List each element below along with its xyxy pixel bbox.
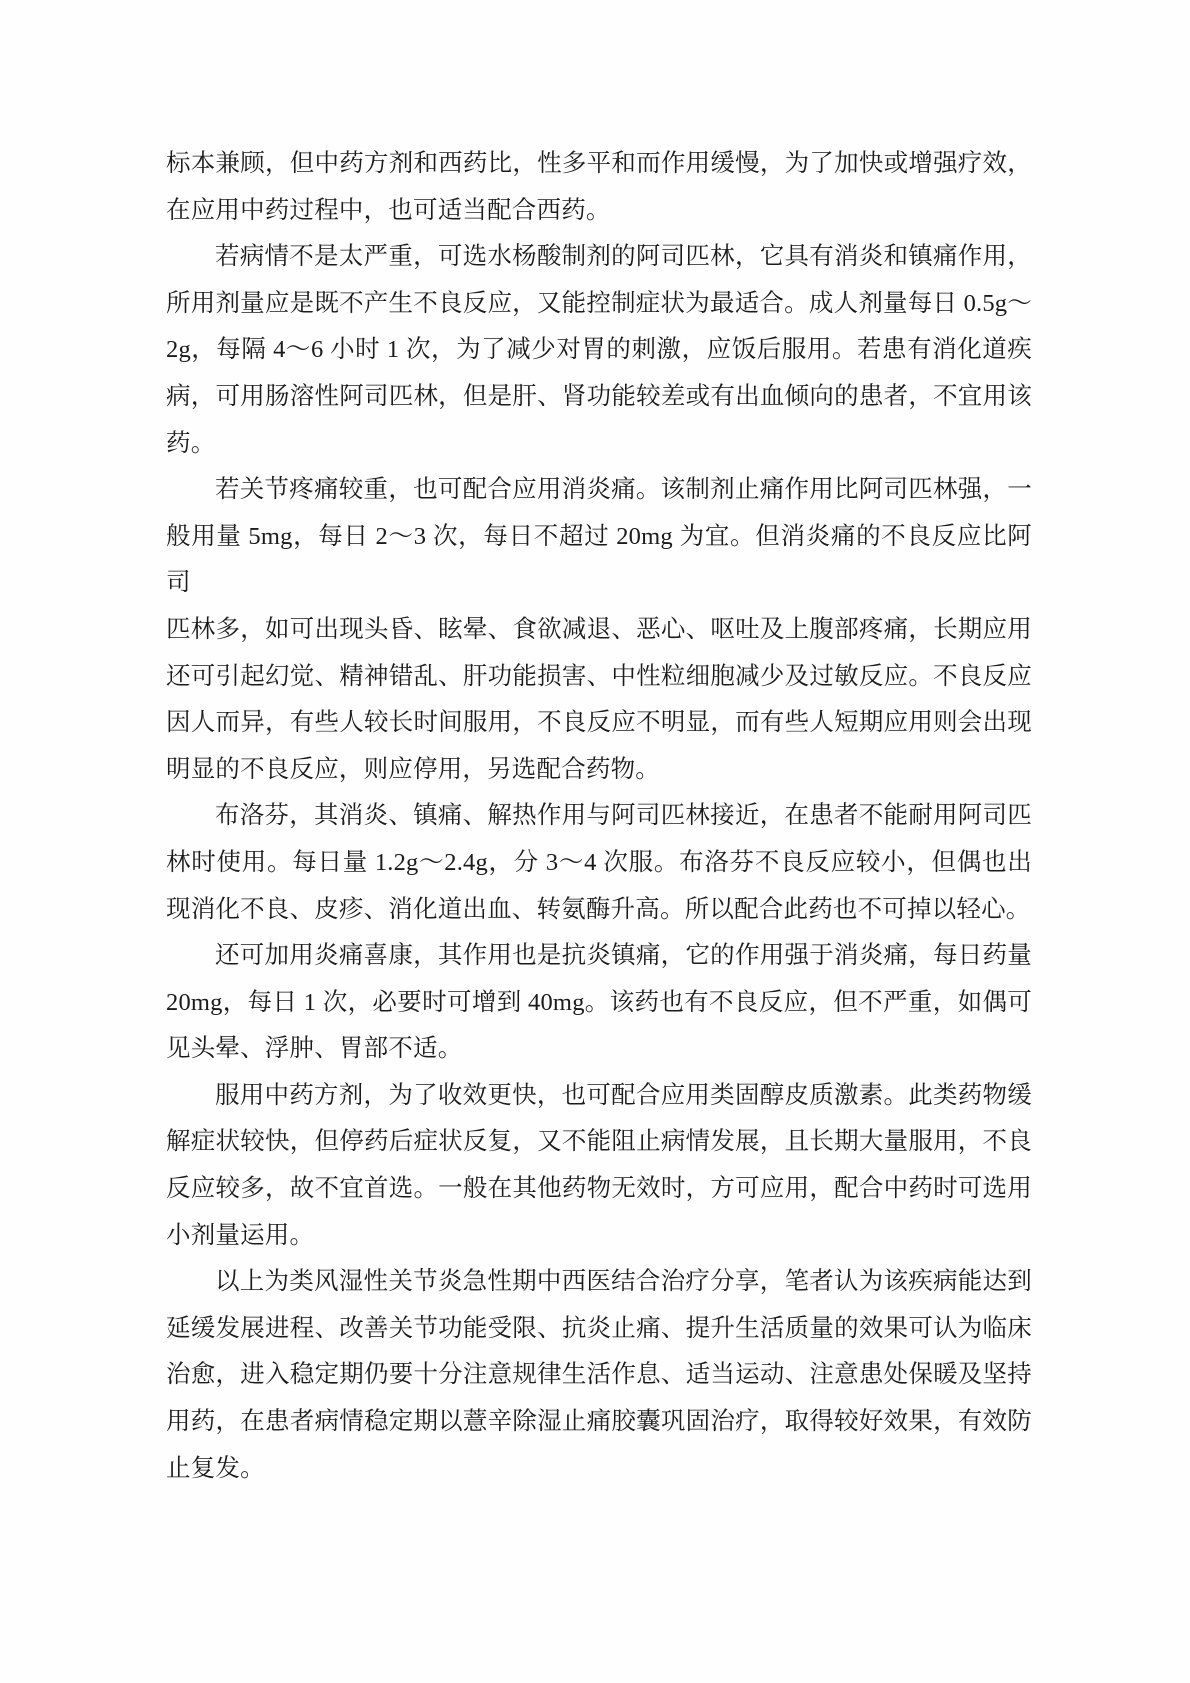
paragraph: 布洛芬，其消炎、镇痛、解热作用与阿司匹林接近，在患者不能耐用阿司匹林时使用。每日… bbox=[166, 793, 1032, 933]
document-body: 标本兼顾，但中药方剂和西药比，性多平和而作用缓慢，为了加快或增强疗效，在应用中药… bbox=[166, 141, 1032, 1492]
text-line: 若关节疼痛较重，也可配合应用消炎痛。该制剂止痛作用比阿司匹林强，一 bbox=[166, 467, 1032, 514]
text-line: 20mg，每日 1 次，必要时可增到 40mg。该药也有不良反应，但不严重，如偶… bbox=[166, 980, 1032, 1027]
text-line: 若病情不是太严重，可选水杨酸制剂的阿司匹林，它具有消炎和镇痛作用， bbox=[166, 234, 1032, 281]
text-line: 现消化不良、皮疹、消化道出血、转氨酶升高。所以配合此药也不可掉以轻心。 bbox=[166, 887, 1032, 934]
text-line: 治愈，进入稳定期仍要十分注意规律生活作息、适当运动、注意患处保暖及坚持 bbox=[166, 1352, 1032, 1399]
text-line: 因人而异，有些人较长时间服用，不良反应不明显，而有些人短期应用则会出现 bbox=[166, 700, 1032, 747]
text-line: 药。 bbox=[166, 421, 1032, 468]
text-line: 病，可用肠溶性阿司匹林，但是肝、肾功能较差或有出血倾向的患者，不宜用该 bbox=[166, 374, 1032, 421]
paragraph: 服用中药方剂，为了收效更快，也可配合应用类固醇皮质激素。此类药物缓解症状较快，但… bbox=[166, 1073, 1032, 1259]
text-line: 见头晕、浮肿、胃部不适。 bbox=[166, 1026, 1032, 1073]
text-line: 所用剂量应是既不产生不良反应，又能控制症状为最适合。成人剂量每日 0.5g～ bbox=[166, 281, 1032, 328]
text-line: 布洛芬，其消炎、镇痛、解热作用与阿司匹林接近，在患者不能耐用阿司匹 bbox=[166, 793, 1032, 840]
text-line: 般用量 5mg，每日 2～3 次，每日不超过 20mg 为宜。但消炎痛的不良反应… bbox=[166, 514, 1032, 607]
document-page: 标本兼顾，但中药方剂和西药比，性多平和而作用缓慢，为了加快或增强疗效，在应用中药… bbox=[0, 0, 1190, 1683]
paragraph: 以上为类风湿性关节炎急性期中西医结合治疗分享，笔者认为该疾病能达到延缓发展进程、… bbox=[166, 1259, 1032, 1492]
text-line: 还可引起幻觉、精神错乱、肝功能损害、中性粒细胞减少及过敏反应。不良反应 bbox=[166, 654, 1032, 701]
text-line: 用药，在患者病情稳定期以薏辛除湿止痛胶囊巩固治疗，取得较好效果，有效防 bbox=[166, 1399, 1032, 1446]
text-line: 解症状较快，但停药后症状反复，又不能阻止病情发展，且长期大量服用，不良 bbox=[166, 1119, 1032, 1166]
text-line: 林时使用。每日量 1.2g～2.4g，分 3～4 次服。布洛芬不良反应较小，但偶… bbox=[166, 840, 1032, 887]
text-line: 延缓发展进程、改善关节功能受限、抗炎止痛、提升生活质量的效果可认为临床 bbox=[166, 1306, 1032, 1353]
text-line: 服用中药方剂，为了收效更快，也可配合应用类固醇皮质激素。此类药物缓 bbox=[166, 1073, 1032, 1120]
paragraph: 若关节疼痛较重，也可配合应用消炎痛。该制剂止痛作用比阿司匹林强，一般用量 5mg… bbox=[166, 467, 1032, 793]
text-line: 2g，每隔 4～6 小时 1 次，为了减少对胃的刺激，应饭后服用。若患有消化道疾 bbox=[166, 327, 1032, 374]
paragraph: 若病情不是太严重，可选水杨酸制剂的阿司匹林，它具有消炎和镇痛作用，所用剂量应是既… bbox=[166, 234, 1032, 467]
text-line: 止复发。 bbox=[166, 1446, 1032, 1493]
text-line: 还可加用炎痛喜康，其作用也是抗炎镇痛，它的作用强于消炎痛，每日药量 bbox=[166, 933, 1032, 980]
text-line: 在应用中药过程中，也可适当配合西药。 bbox=[166, 188, 1032, 235]
text-line: 反应较多，故不宜首选。一般在其他药物无效时，方可应用，配合中药时可选用 bbox=[166, 1166, 1032, 1213]
paragraph: 标本兼顾，但中药方剂和西药比，性多平和而作用缓慢，为了加快或增强疗效，在应用中药… bbox=[166, 141, 1032, 234]
text-line: 匹林多，如可出现头昏、眩晕、食欲减退、恶心、呕吐及上腹部疼痛，长期应用 bbox=[166, 607, 1032, 654]
text-line: 标本兼顾，但中药方剂和西药比，性多平和而作用缓慢，为了加快或增强疗效， bbox=[166, 141, 1032, 188]
text-line: 小剂量运用。 bbox=[166, 1213, 1032, 1260]
text-line: 以上为类风湿性关节炎急性期中西医结合治疗分享，笔者认为该疾病能达到 bbox=[166, 1259, 1032, 1306]
text-line: 明显的不良反应，则应停用，另选配合药物。 bbox=[166, 747, 1032, 794]
paragraph: 还可加用炎痛喜康，其作用也是抗炎镇痛，它的作用强于消炎痛，每日药量20mg，每日… bbox=[166, 933, 1032, 1073]
